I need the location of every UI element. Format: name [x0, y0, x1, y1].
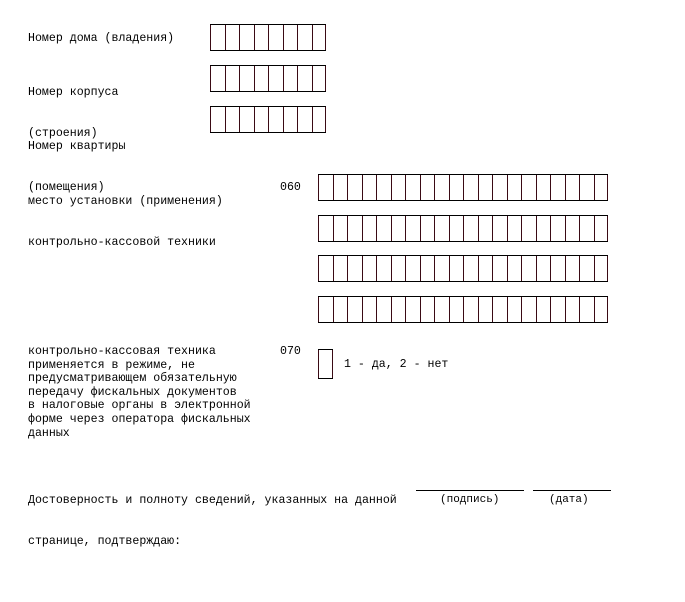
place-cell-input[interactable] — [363, 297, 377, 322]
place-cell-input[interactable] — [319, 297, 333, 322]
place-cell-input[interactable] — [566, 297, 580, 322]
building-number-cells-cell[interactable] — [312, 66, 327, 91]
place-cell-input[interactable] — [334, 216, 348, 241]
place-cell-input[interactable] — [406, 256, 420, 281]
place-cell[interactable] — [405, 216, 420, 241]
place-cell-input[interactable] — [551, 216, 565, 241]
mode-label-line: в налоговые органы в электронной — [28, 399, 251, 413]
place-cell-input[interactable] — [363, 216, 377, 241]
place-cell[interactable] — [565, 256, 580, 281]
place-cell-input[interactable] — [537, 256, 551, 281]
place-row[interactable] — [318, 296, 608, 323]
place-cell-input[interactable] — [508, 256, 522, 281]
place-label-line2: контрольно-кассовой техники — [28, 236, 223, 250]
place-cell[interactable] — [463, 175, 478, 200]
place-cell-input[interactable] — [580, 175, 594, 200]
place-cell[interactable] — [434, 256, 449, 281]
place-cell[interactable] — [347, 256, 362, 281]
place-row[interactable] — [318, 255, 608, 282]
mode-label-line: применяется в режиме, не — [28, 359, 251, 373]
place-cell-input[interactable] — [595, 256, 608, 281]
mode-code: 070 — [280, 345, 301, 359]
place-cell[interactable] — [507, 216, 522, 241]
place-cell[interactable] — [492, 175, 507, 200]
house-number-cells-cell-input[interactable] — [226, 25, 240, 50]
house-number-label: Номер дома (владения) — [28, 32, 174, 46]
building-number-cells-cell[interactable] — [268, 66, 283, 91]
place-cell-input[interactable] — [319, 216, 333, 241]
place-cell[interactable] — [391, 256, 406, 281]
house-number-cells-cell[interactable] — [239, 25, 254, 50]
apartment-number-cells-cell-input[interactable] — [240, 107, 254, 132]
place-cell[interactable] — [478, 256, 493, 281]
place-cell[interactable] — [420, 175, 435, 200]
place-cell[interactable] — [376, 256, 391, 281]
place-cell[interactable] — [463, 297, 478, 322]
place-cell-input[interactable] — [566, 256, 580, 281]
place-cell-input[interactable] — [464, 175, 478, 200]
place-cell-input[interactable] — [450, 297, 464, 322]
place-cell-input[interactable] — [479, 175, 493, 200]
place-cell[interactable] — [594, 216, 609, 241]
place-cell[interactable] — [507, 256, 522, 281]
house-number-cells-cell-input[interactable] — [269, 25, 283, 50]
building-number-cells-cell-input[interactable] — [240, 66, 254, 91]
place-cell-input[interactable] — [464, 216, 478, 241]
place-cell[interactable] — [405, 297, 420, 322]
place-cell[interactable] — [318, 256, 333, 281]
place-cell[interactable] — [536, 175, 551, 200]
place-label-line1: место установки (применения) — [28, 195, 223, 209]
building-number-cells-cell[interactable] — [283, 66, 298, 91]
place-cell-input[interactable] — [522, 216, 536, 241]
place-cell[interactable] — [507, 175, 522, 200]
place-cell-input[interactable] — [537, 297, 551, 322]
place-cell-input[interactable] — [377, 297, 391, 322]
place-cell[interactable] — [376, 216, 391, 241]
place-cell-input[interactable] — [348, 297, 362, 322]
place-cell[interactable] — [362, 256, 377, 281]
house-number-cells-cell[interactable] — [297, 25, 312, 50]
place-cell[interactable] — [550, 216, 565, 241]
place-cell-input[interactable] — [508, 297, 522, 322]
house-number-cells-cell[interactable] — [254, 25, 269, 50]
place-cell[interactable] — [521, 297, 536, 322]
place-cell-input[interactable] — [479, 256, 493, 281]
apartment-number-cells-cell[interactable] — [210, 107, 225, 132]
place-cell-input[interactable] — [450, 175, 464, 200]
house-number-cells-cell[interactable] — [210, 25, 225, 50]
apartment-number-cells-cell-input[interactable] — [298, 107, 312, 132]
house-number-cells-cell-input[interactable] — [211, 25, 225, 50]
place-cell-input[interactable] — [392, 216, 406, 241]
house-number-cells-cell-input[interactable] — [255, 25, 269, 50]
place-cell[interactable] — [536, 216, 551, 241]
mode-label-line: контрольно-кассовая техника — [28, 345, 251, 359]
mode-cell[interactable] — [318, 349, 333, 379]
date-line[interactable] — [533, 490, 611, 491]
place-cell[interactable] — [521, 256, 536, 281]
place-cell-input[interactable] — [566, 175, 580, 200]
place-cell-input[interactable] — [522, 256, 536, 281]
place-cell-input[interactable] — [348, 256, 362, 281]
place-row[interactable] — [318, 215, 608, 242]
place-cell-input[interactable] — [392, 256, 406, 281]
place-cell[interactable] — [478, 175, 493, 200]
confirm-line1: Достоверность и полноту сведений, указан… — [28, 494, 397, 508]
apartment-number-cells-cell-input[interactable] — [211, 107, 225, 132]
place-cell-input[interactable] — [537, 175, 551, 200]
place-cell-input[interactable] — [522, 175, 536, 200]
building-number-cells-cell[interactable] — [225, 66, 240, 91]
place-cell[interactable] — [420, 256, 435, 281]
house-number-cells-cell-input[interactable] — [298, 25, 312, 50]
place-cell-input[interactable] — [493, 256, 507, 281]
place-cell[interactable] — [376, 297, 391, 322]
place-cell-input[interactable] — [435, 216, 449, 241]
place-cell-input[interactable] — [551, 175, 565, 200]
place-cell[interactable] — [362, 175, 377, 200]
apartment-number-cells-cell[interactable] — [297, 107, 312, 132]
place-cell-input[interactable] — [566, 216, 580, 241]
place-cell-input[interactable] — [421, 175, 435, 200]
place-cell-input[interactable] — [363, 175, 377, 200]
place-cell[interactable] — [550, 256, 565, 281]
place-cell-input[interactable] — [580, 216, 594, 241]
place-cell-input[interactable] — [450, 256, 464, 281]
place-cell-input[interactable] — [493, 297, 507, 322]
place-cell[interactable] — [434, 216, 449, 241]
mode-label-line: данных — [28, 427, 251, 441]
place-cell-input[interactable] — [537, 216, 551, 241]
building-number-cells-cell-input[interactable] — [226, 66, 240, 91]
confirm-text: Достоверность и полноту сведений, указан… — [28, 467, 397, 562]
house-number-cells-cell-input[interactable] — [313, 25, 326, 50]
mode-label-line: передачу фискальных документов — [28, 386, 251, 400]
place-cell-input[interactable] — [508, 216, 522, 241]
place-cell-input[interactable] — [595, 175, 608, 200]
apartment-number-cells-cell-input[interactable] — [313, 107, 326, 132]
place-cell[interactable] — [550, 297, 565, 322]
signature-label: (подпись) — [440, 494, 499, 508]
building-number-cells-cell[interactable] — [210, 66, 225, 91]
apartment-number-cells-cell-input[interactable] — [226, 107, 240, 132]
place-cell-input[interactable] — [421, 297, 435, 322]
place-cell-input[interactable] — [595, 216, 608, 241]
house-number-cells-cell[interactable] — [283, 25, 298, 50]
apartment-number-cells-cell[interactable] — [283, 107, 298, 132]
building-number-cells-cell-input[interactable] — [211, 66, 225, 91]
house-number-cells-cell-input[interactable] — [240, 25, 254, 50]
place-cell[interactable] — [492, 216, 507, 241]
apartment-number-cells-cell[interactable] — [254, 107, 269, 132]
building-number-cells-cell-input[interactable] — [255, 66, 269, 91]
place-cell[interactable] — [434, 175, 449, 200]
place-cell-input[interactable] — [508, 175, 522, 200]
place-cell[interactable] — [347, 175, 362, 200]
apartment-number-cells-cell[interactable] — [239, 107, 254, 132]
place-cell[interactable] — [463, 216, 478, 241]
place-cell[interactable] — [449, 256, 464, 281]
place-cell-input[interactable] — [348, 216, 362, 241]
mode-label-line: форме через оператора фискальных — [28, 413, 251, 427]
place-cell-input[interactable] — [435, 175, 449, 200]
mode-input[interactable] — [319, 350, 332, 378]
building-number-cells-cell-input[interactable] — [284, 66, 298, 91]
mode-label: контрольно-кассовая техникаприменяется в… — [28, 345, 251, 440]
place-cell-input[interactable] — [319, 256, 333, 281]
place-cell[interactable] — [333, 297, 348, 322]
mode-hint: 1 - да, 2 - нет — [344, 358, 448, 372]
place-cell[interactable] — [565, 297, 580, 322]
apartment-number-cells-cell[interactable] — [225, 107, 240, 132]
building-number-cells-cell[interactable] — [254, 66, 269, 91]
place-cell-input[interactable] — [392, 175, 406, 200]
confirm-line2: странице, подтверждаю: — [28, 535, 397, 549]
apartment-number-cells[interactable] — [210, 106, 326, 133]
place-cell-input[interactable] — [377, 256, 391, 281]
apartment-number-cells-cell[interactable] — [312, 107, 327, 132]
place-cell-input[interactable] — [406, 216, 420, 241]
place-cell[interactable] — [420, 297, 435, 322]
place-cell-input[interactable] — [435, 297, 449, 322]
place-cell[interactable] — [579, 216, 594, 241]
place-cell[interactable] — [347, 216, 362, 241]
place-cell-input[interactable] — [421, 216, 435, 241]
place-cell-input[interactable] — [493, 175, 507, 200]
place-cell[interactable] — [333, 256, 348, 281]
place-cell-input[interactable] — [493, 216, 507, 241]
place-cell[interactable] — [420, 216, 435, 241]
place-cell-input[interactable] — [334, 297, 348, 322]
place-cell-input[interactable] — [580, 256, 594, 281]
place-cell[interactable] — [362, 216, 377, 241]
mode-label-line: предусматривающем обязательную — [28, 372, 251, 386]
place-label: место установки (применения) контрольно-… — [28, 168, 223, 263]
house-number-cells-cell-input[interactable] — [284, 25, 298, 50]
place-cell[interactable] — [391, 297, 406, 322]
signature-line[interactable] — [416, 490, 524, 491]
place-cell-input[interactable] — [421, 256, 435, 281]
place-cell[interactable] — [362, 297, 377, 322]
place-cell[interactable] — [405, 256, 420, 281]
place-code: 060 — [280, 181, 301, 195]
place-cell[interactable] — [594, 297, 609, 322]
place-cell-input[interactable] — [377, 175, 391, 200]
apartment-number-cells-cell[interactable] — [268, 107, 283, 132]
apartment-label-line1: Номер квартиры — [28, 140, 125, 154]
place-cell-input[interactable] — [551, 297, 565, 322]
building-number-cells-cell-input[interactable] — [269, 66, 283, 91]
place-cell-input[interactable] — [334, 175, 348, 200]
place-cell-input[interactable] — [334, 256, 348, 281]
place-cell-input[interactable] — [464, 256, 478, 281]
place-cell[interactable] — [521, 216, 536, 241]
place-cell[interactable] — [579, 297, 594, 322]
place-cell[interactable] — [318, 175, 333, 200]
place-cell-input[interactable] — [363, 256, 377, 281]
house-number-cells-cell[interactable] — [312, 25, 327, 50]
place-cell-input[interactable] — [580, 297, 594, 322]
place-cell[interactable] — [449, 297, 464, 322]
place-cell[interactable] — [492, 256, 507, 281]
place-cell[interactable] — [463, 256, 478, 281]
place-cell[interactable] — [434, 297, 449, 322]
place-cell[interactable] — [333, 175, 348, 200]
place-cell[interactable] — [594, 256, 609, 281]
building-number-cells-cell[interactable] — [297, 66, 312, 91]
place-cell-input[interactable] — [551, 256, 565, 281]
place-cell-input[interactable] — [479, 216, 493, 241]
place-cell-input[interactable] — [348, 175, 362, 200]
place-cell[interactable] — [391, 216, 406, 241]
place-cell-input[interactable] — [464, 297, 478, 322]
house-number-cells-cell[interactable] — [268, 25, 283, 50]
place-cell-input[interactable] — [377, 216, 391, 241]
place-cell-input[interactable] — [450, 216, 464, 241]
building-number-cells-cell-input[interactable] — [313, 66, 326, 91]
place-cell[interactable] — [478, 297, 493, 322]
building-number-cells-cell[interactable] — [239, 66, 254, 91]
place-cell-input[interactable] — [406, 175, 420, 200]
place-cell-input[interactable] — [392, 297, 406, 322]
apartment-number-cells-cell-input[interactable] — [255, 107, 269, 132]
place-cell[interactable] — [492, 297, 507, 322]
place-cell[interactable] — [536, 297, 551, 322]
place-cell[interactable] — [449, 216, 464, 241]
building-number-cells[interactable] — [210, 65, 326, 92]
place-cell[interactable] — [376, 175, 391, 200]
place-cell[interactable] — [521, 175, 536, 200]
place-cell[interactable] — [405, 175, 420, 200]
place-cell-input[interactable] — [319, 175, 333, 200]
building-label-line1: Номер корпуса — [28, 86, 118, 100]
place-cell[interactable] — [318, 216, 333, 241]
place-cell[interactable] — [594, 175, 609, 200]
place-cell-input[interactable] — [479, 297, 493, 322]
house-number-cells[interactable] — [210, 24, 326, 51]
apartment-number-cells-cell-input[interactable] — [269, 107, 283, 132]
place-cell-input[interactable] — [522, 297, 536, 322]
place-cell[interactable] — [318, 297, 333, 322]
place-cell[interactable] — [478, 216, 493, 241]
place-cell[interactable] — [565, 175, 580, 200]
place-cell[interactable] — [507, 297, 522, 322]
apartment-number-cells-cell-input[interactable] — [284, 107, 298, 132]
place-cell[interactable] — [565, 216, 580, 241]
place-cell[interactable] — [333, 216, 348, 241]
place-row[interactable] — [318, 174, 608, 201]
place-cell[interactable] — [579, 175, 594, 200]
place-cell-input[interactable] — [435, 256, 449, 281]
place-cell[interactable] — [391, 175, 406, 200]
place-cell[interactable] — [536, 256, 551, 281]
house-number-cells-cell[interactable] — [225, 25, 240, 50]
date-label: (дата) — [549, 494, 589, 508]
place-cell[interactable] — [347, 297, 362, 322]
place-cell-input[interactable] — [595, 297, 608, 322]
place-cell[interactable] — [550, 175, 565, 200]
place-cell-input[interactable] — [406, 297, 420, 322]
place-cell[interactable] — [579, 256, 594, 281]
place-cell[interactable] — [449, 175, 464, 200]
building-number-cells-cell-input[interactable] — [298, 66, 312, 91]
